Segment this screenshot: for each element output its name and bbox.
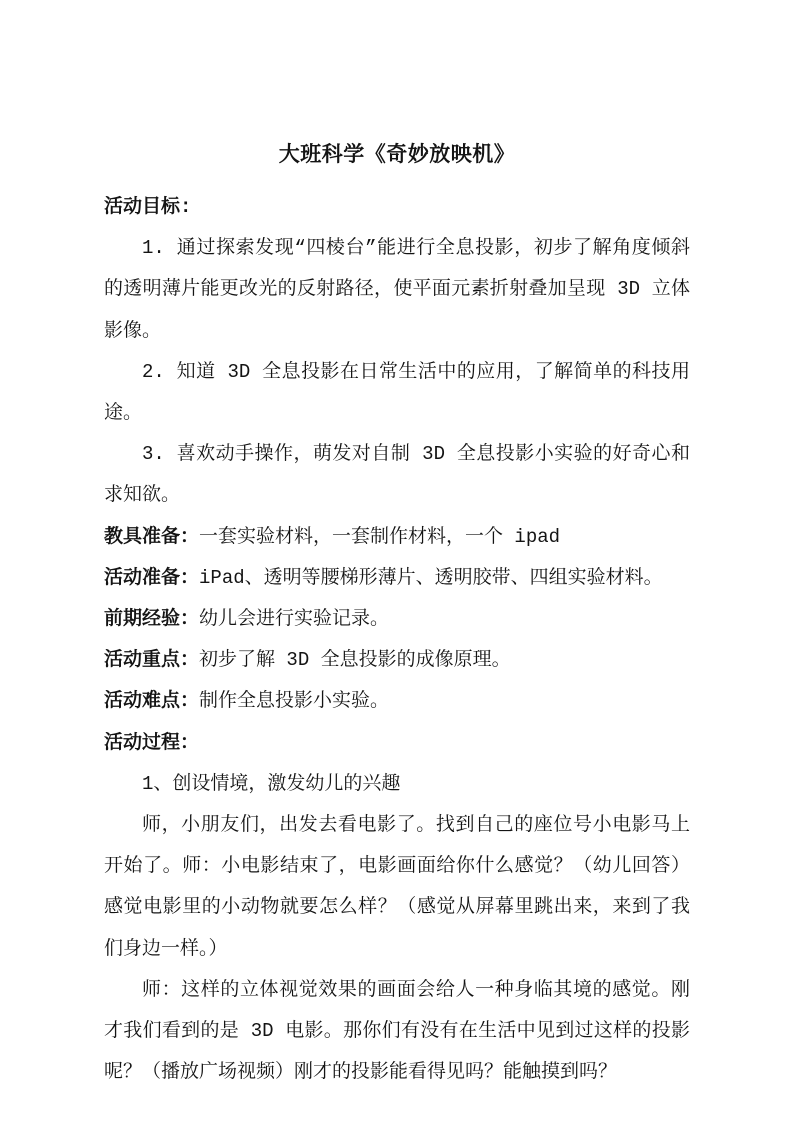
goal-item-2: 2. 知道 3D 全息投影在日常生活中的应用，了解简单的科技用途。 xyxy=(104,352,690,434)
section-heading-label: 活动过程： xyxy=(104,732,199,754)
field-prior-experience: 前期经验：幼儿会进行实验记录。 xyxy=(104,599,690,640)
process-step-1-heading: 1、创设情境，激发幼儿的兴趣 xyxy=(104,764,690,805)
field-value: iPad、透明等腰梯形薄片、透明胶带、四组实验材料。 xyxy=(199,567,663,589)
field-label: 前期经验： xyxy=(104,608,199,630)
section-heading-label: 活动目标: xyxy=(104,196,191,218)
goal-item-1: 1. 通过探索发现“四棱台”能进行全息投影，初步了解角度倾斜的透明薄片能更改光的… xyxy=(104,228,690,352)
document-page: 大班科学《奇妙放映机》 活动目标: 1. 通过探索发现“四棱台”能进行全息投影，… xyxy=(0,0,794,1123)
field-activity-difficulty: 活动难点：制作全息投影小实验。 xyxy=(104,681,690,722)
dialogue-text: 师，小朋友们，出发去看电影了。找到自己的座位号小电影马上开始了。师：小电影结束了… xyxy=(104,814,690,960)
field-value: 幼儿会进行实验记录。 xyxy=(199,608,389,630)
field-label: 活动难点： xyxy=(104,690,199,712)
field-activity-focus: 活动重点：初步了解 3D 全息投影的成像原理。 xyxy=(104,640,690,681)
field-label: 活动重点： xyxy=(104,649,199,671)
document-title: 大班科学《奇妙放映机》 xyxy=(104,140,690,174)
field-teaching-aids: 教具准备：一套实验材料，一套制作材料，一个 ipad xyxy=(104,517,690,558)
field-value: 一套实验材料，一套制作材料，一个 ipad xyxy=(199,526,560,548)
field-label: 活动准备： xyxy=(104,567,199,589)
field-activity-preparation: 活动准备：iPad、透明等腰梯形薄片、透明胶带、四组实验材料。 xyxy=(104,558,690,599)
section-heading-activity-process: 活动过程： xyxy=(104,723,690,764)
goal-item-text: 2. 知道 3D 全息投影在日常生活中的应用，了解简单的科技用途。 xyxy=(104,361,690,424)
field-label: 教具准备： xyxy=(104,526,199,548)
process-step-text: 1、创设情境，激发幼儿的兴趣 xyxy=(142,773,400,795)
section-heading-activity-goals: 活动目标: xyxy=(104,187,690,228)
goal-item-3: 3. 喜欢动手操作，萌发对自制 3D 全息投影小实验的好奇心和求知欲。 xyxy=(104,434,690,516)
dialogue-text: 师：这样的立体视觉效果的画面会给人一种身临其境的感觉。刚才我们看到的是 3D 电… xyxy=(104,979,690,1083)
process-step-1-dialogue-2: 师：这样的立体视觉效果的画面会给人一种身临其境的感觉。刚才我们看到的是 3D 电… xyxy=(104,970,690,1094)
field-value: 初步了解 3D 全息投影的成像原理。 xyxy=(199,649,511,671)
goal-item-text: 1. 通过探索发现“四棱台”能进行全息投影，初步了解角度倾斜的透明薄片能更改光的… xyxy=(104,237,690,341)
goal-item-text: 3. 喜欢动手操作，萌发对自制 3D 全息投影小实验的好奇心和求知欲。 xyxy=(104,443,690,506)
field-value: 制作全息投影小实验。 xyxy=(199,690,389,712)
process-step-1-dialogue-1: 师，小朋友们，出发去看电影了。找到自己的座位号小电影马上开始了。师：小电影结束了… xyxy=(104,805,690,970)
